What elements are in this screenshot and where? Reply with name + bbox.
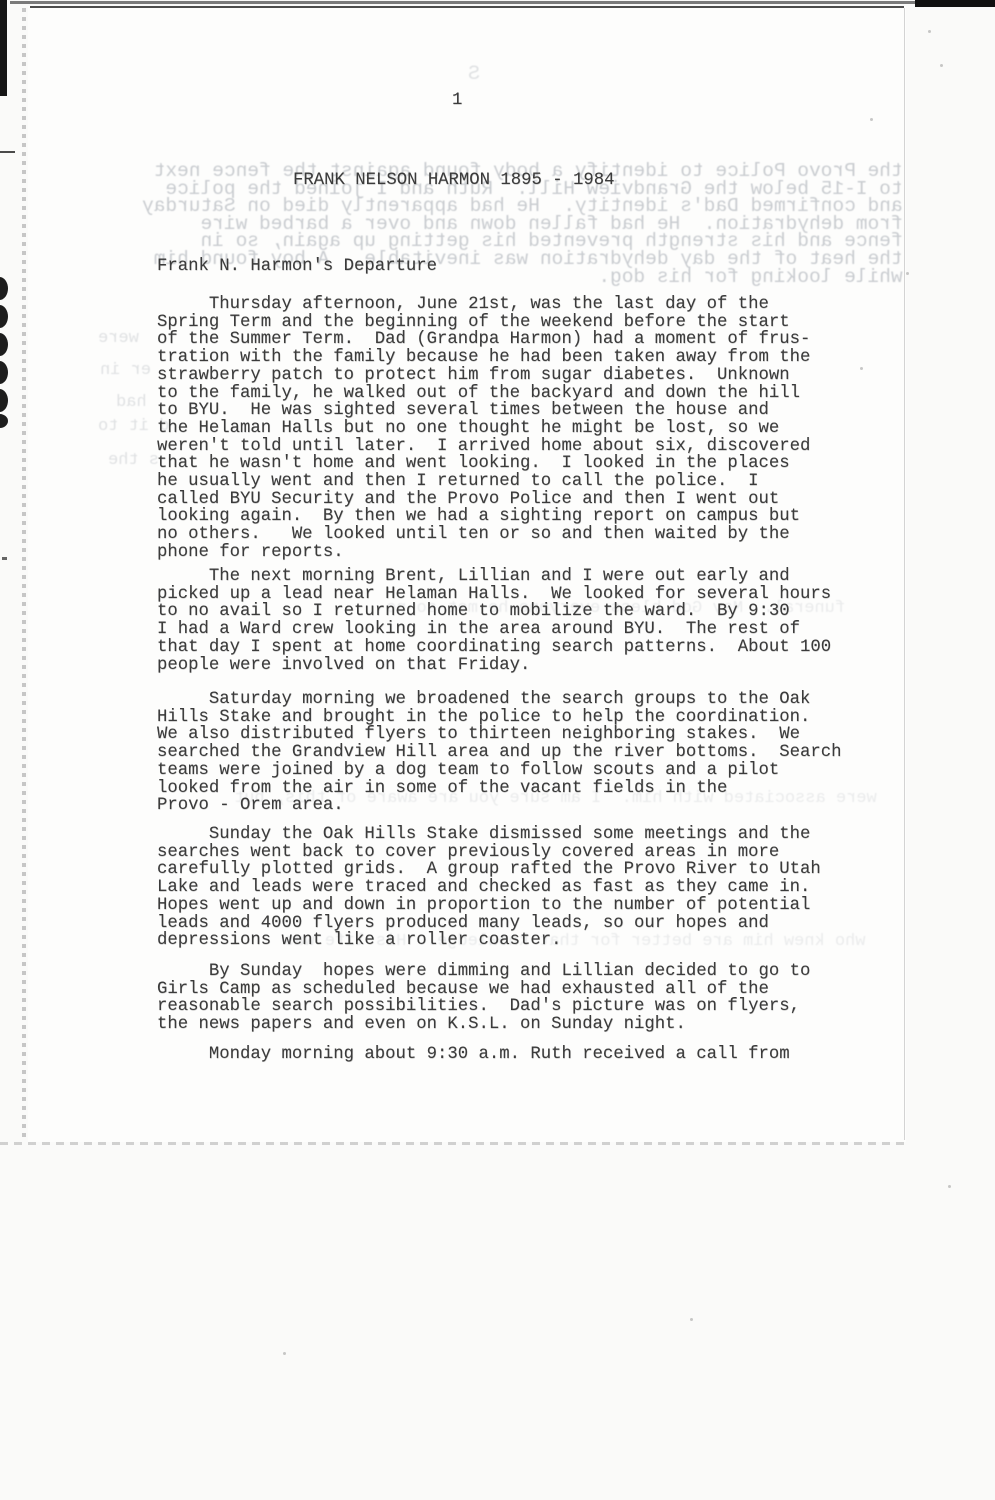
dust-speck [928,30,931,33]
section-heading: Frank N. Harmon's Departure [157,258,437,276]
bleedthrough-fragment: S [468,66,480,84]
page-number: 1 [452,92,462,110]
paragraph: The next morning Brent, Lillian and I we… [157,568,831,674]
dust-speck [860,367,863,370]
left-edge-print-artifact [0,389,8,412]
bleedthrough-fragment: were [98,330,139,348]
dust-speck [283,1352,286,1355]
scanner-top-corner-shadow [915,0,995,7]
scanned-document-page: { "scan": { "ink_color": "#3b3b3b", "pap… [0,0,995,1500]
bleedthrough-fragment: er in [100,362,151,380]
paragraph: Thursday afternoon, June 21st, was the l… [157,296,810,562]
sheet-bottom-edge-dashed [0,1142,906,1145]
document-title: FRANK NELSON HARMON 1895 - 1984 [293,172,614,190]
left-edge-shadow-bar [0,0,7,96]
bleedthrough-fragment: s the [108,452,159,470]
paragraph: Monday morning about 9:30 a.m. Ruth rece… [157,1046,790,1064]
dust-speck [870,118,873,121]
dust-speck [948,1185,951,1188]
left-edge-print-artifact [0,361,8,384]
left-edge-print-artifact [0,333,8,356]
paragraph: Saturday morning we broadened the search… [157,691,841,815]
left-edge-print-artifact [0,277,8,300]
left-edge-tick-mark [0,151,15,153]
dust-speck [906,272,909,275]
dust-speck [940,64,943,67]
left-edge-small-mark [2,557,7,560]
scanner-top-strip [10,1,918,4]
binder-perforation-line [22,8,26,1140]
paragraph: By Sunday hopes were dimming and Lillian… [157,963,810,1034]
paragraph: Sunday the Oak Hills Stake dismissed som… [157,826,821,950]
sheet-top-edge-line [30,6,904,8]
bleedthrough-fragment: had [116,394,147,412]
sheet-right-edge-line [904,8,905,1140]
left-edge-print-artifact [0,414,8,428]
left-edge-print-artifact [0,305,8,328]
dust-speck [690,1318,693,1321]
